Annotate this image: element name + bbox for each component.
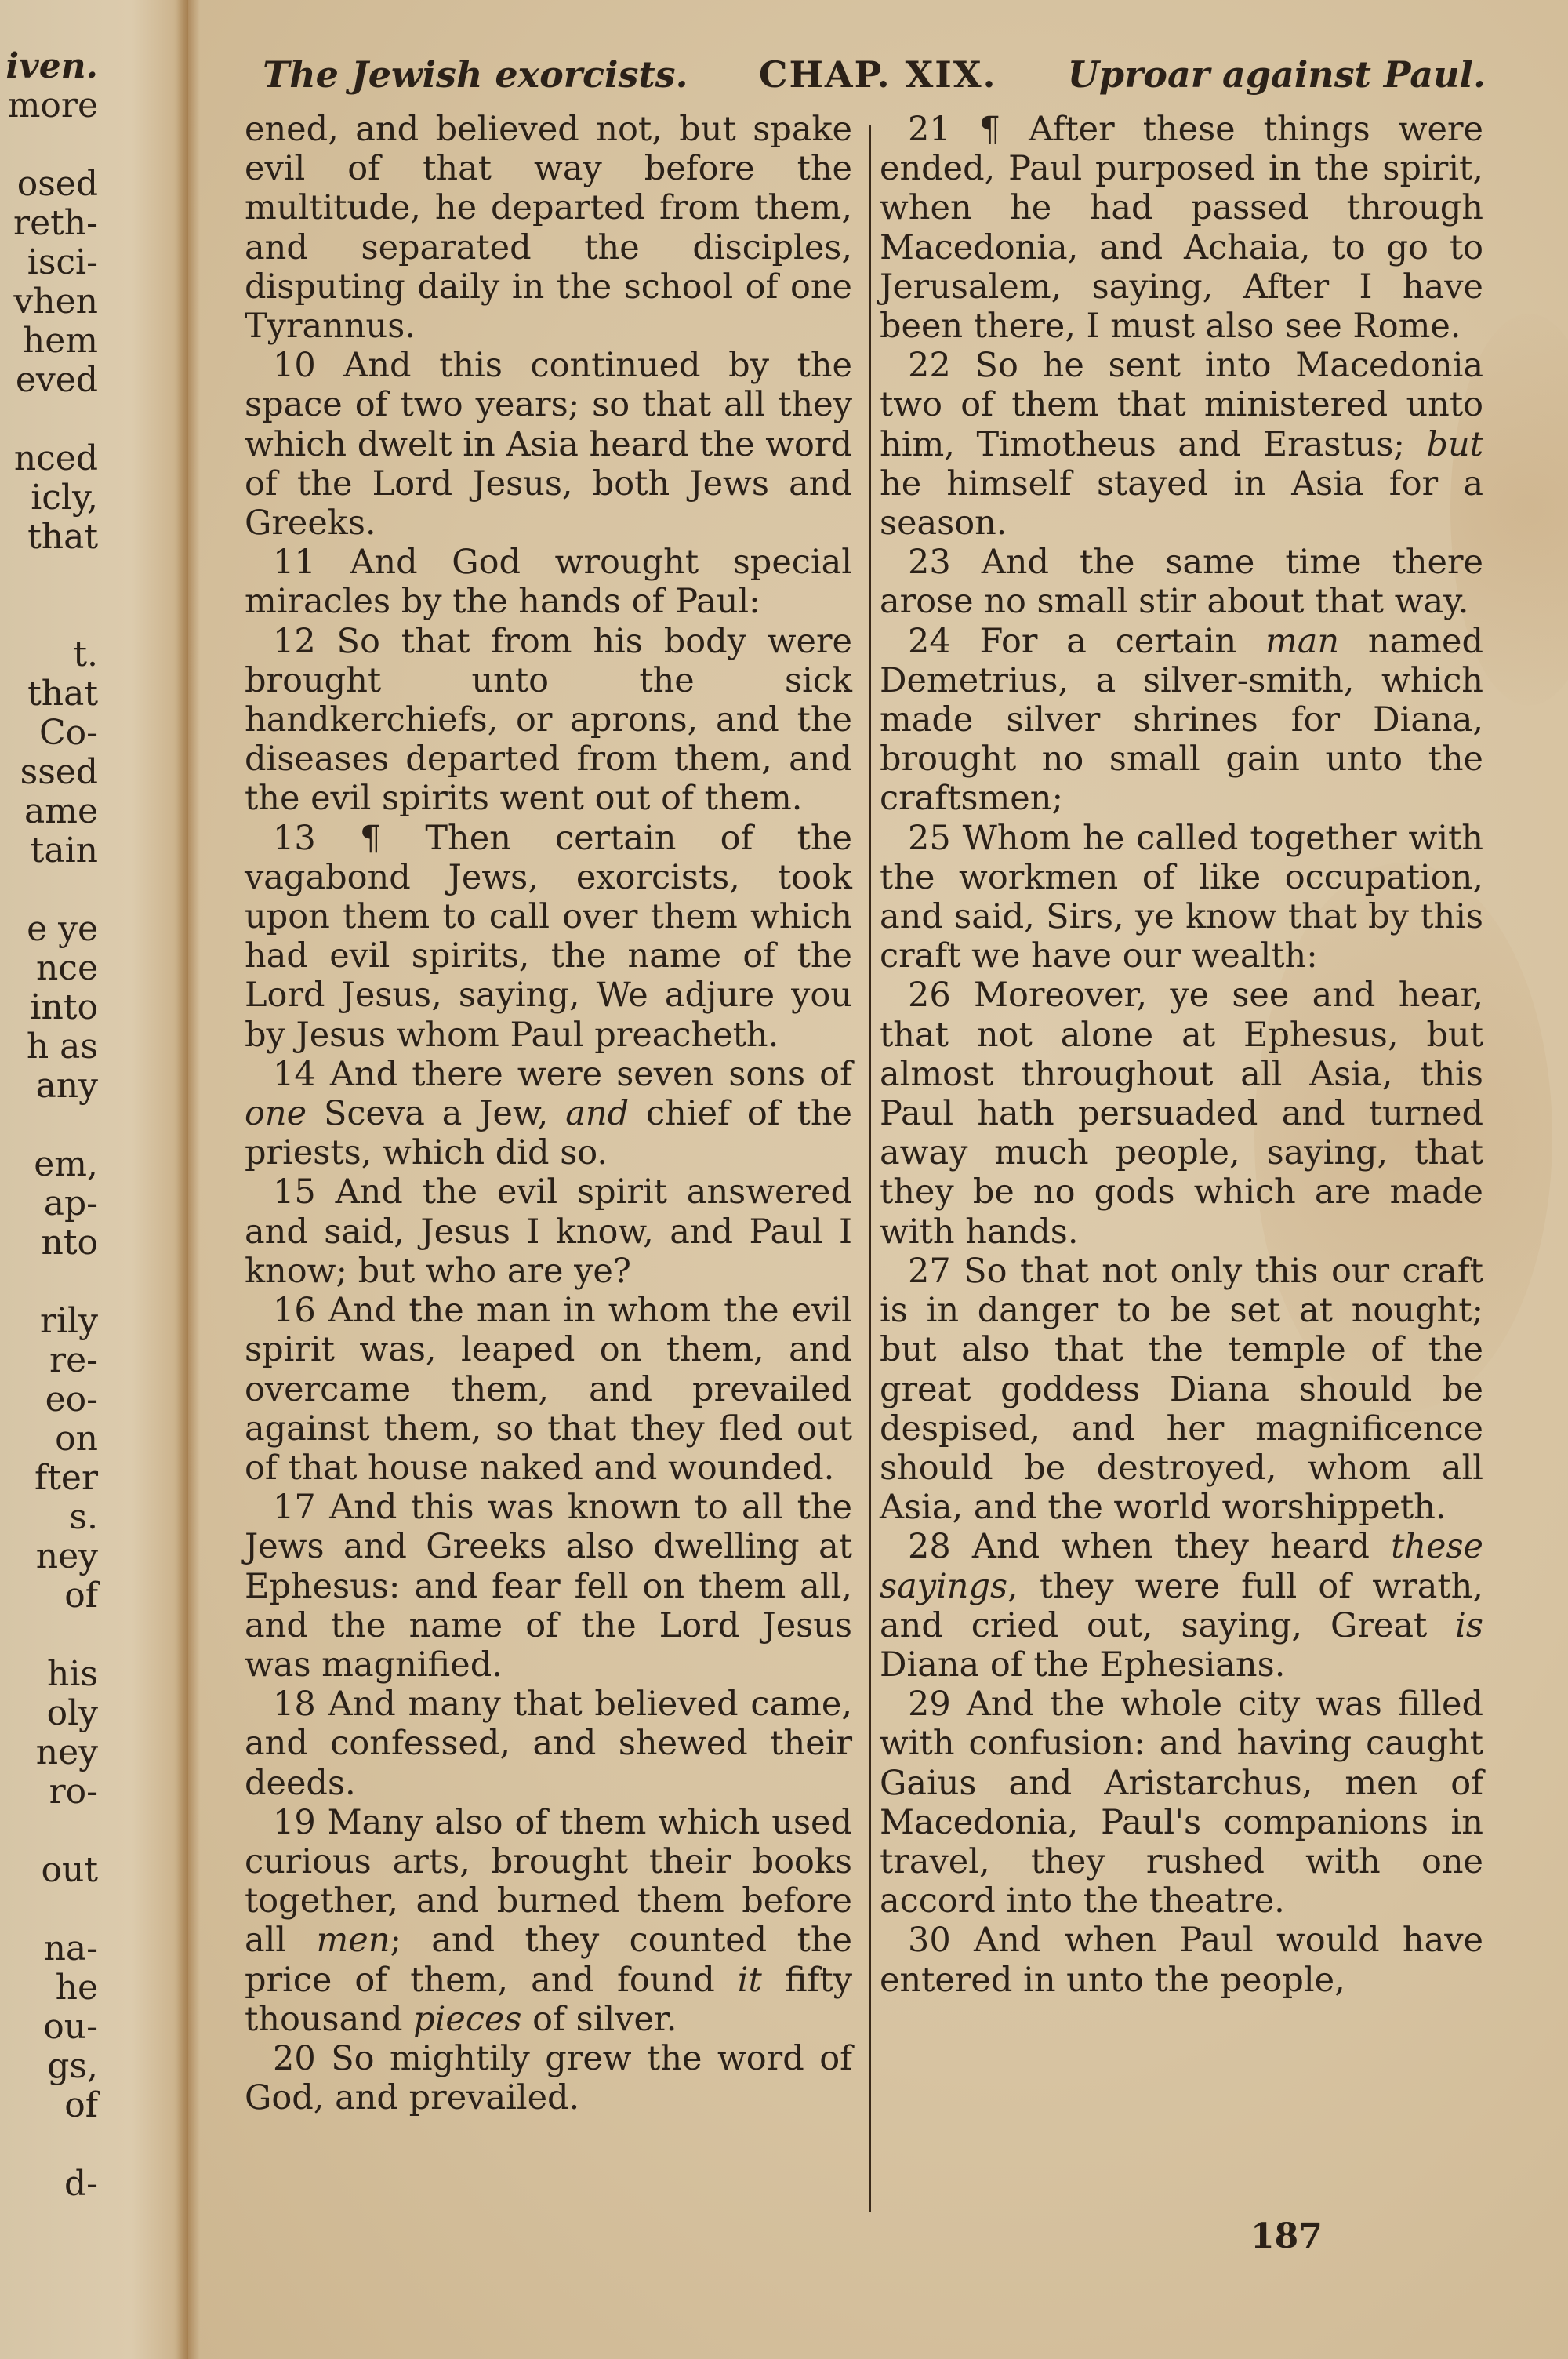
left-page-fragment: h as <box>0 1027 98 1067</box>
left-page-fragment: any <box>0 1067 98 1106</box>
left-page-fragment: ney <box>0 1537 98 1576</box>
verse: 24 For a certain man named Demetrius, a … <box>880 622 1483 819</box>
left-page-fragment: his <box>0 1655 98 1694</box>
column-divider <box>869 125 871 2212</box>
verse: 23 And the same time there arose no smal… <box>880 543 1483 621</box>
verse-text: And this was known to all the Jews and G… <box>245 1488 852 1685</box>
left-page-fragment: that <box>0 674 98 714</box>
verse: 11 And God wrought special miracles by t… <box>245 543 852 621</box>
left-page-fragment: ssed <box>0 753 98 792</box>
verse: 30 And when Paul would have entered in u… <box>880 1921 1483 1999</box>
verse: 16 And the man in whom the evil spirit w… <box>245 1291 852 1488</box>
left-page-fragment <box>0 1890 98 1929</box>
left-page-fragment: that <box>0 518 98 557</box>
verse-text: Whom he called together with the workmen… <box>880 819 1483 976</box>
verse-number: 26 <box>908 976 974 1015</box>
left-page-fragment: ney <box>0 1733 98 1772</box>
verse: 21 ¶ After these things were ended, Paul… <box>880 110 1483 346</box>
verse-number: 27 <box>908 1252 964 1291</box>
running-head: The Jewish exorcists. CHAP. XIX. Uproar … <box>263 53 1486 96</box>
left-page-fragment <box>0 400 98 439</box>
verse-text: And the man in whom the evil spirit was,… <box>245 1291 852 1488</box>
verse-number: 30 <box>908 1921 974 1960</box>
verse: 19 Many also of them which used curious … <box>245 1803 852 2039</box>
left-page-fragment: he <box>0 1968 98 2008</box>
left-page-fragment: out <box>0 1851 98 1890</box>
left-page-fragment: fter <box>0 1459 98 1498</box>
left-page-fragment: t. <box>0 635 98 674</box>
verse: 15 And the evil spirit answered and said… <box>245 1172 852 1291</box>
verse-number: 18 <box>273 1685 328 1724</box>
verse: 27 So that not only this our craft is in… <box>880 1252 1483 1527</box>
left-page-fragment: isci- <box>0 243 98 282</box>
verse-text: ened, and believed not, but spake evil o… <box>245 110 852 346</box>
left-page-fragment: tain <box>0 831 98 871</box>
verse-number: 14 <box>273 1055 330 1094</box>
left-page-fragment: icly, <box>0 478 98 518</box>
left-page-fragment: iven. <box>0 47 98 86</box>
verse: 28 And when they heard these sayings, th… <box>880 1527 1483 1685</box>
verse-number: 19 <box>273 1803 328 1842</box>
verse-number: 24 <box>908 622 980 661</box>
left-page-fragment <box>0 1616 98 1655</box>
left-page-fragment: reth- <box>0 204 98 243</box>
book-gutter <box>176 0 200 2359</box>
left-page-fragment: ame <box>0 792 98 831</box>
verse-text: Many also of them which used curious art… <box>245 1803 852 2039</box>
verse-number: 15 <box>273 1172 336 1212</box>
verse-number: 10 <box>273 346 343 385</box>
verse-number: 16 <box>273 1291 328 1330</box>
left-page-fragment: vhen <box>0 282 98 322</box>
verse-number: 17 <box>273 1488 329 1527</box>
verse-text: And the whole city was filled with confu… <box>880 1685 1483 1921</box>
verse-number: 21 ¶ <box>908 110 1029 149</box>
left-page-fragment: more <box>0 86 98 125</box>
verse-number: 28 <box>908 1527 972 1566</box>
verse-text: So mightily grew the word of God, and pr… <box>245 2039 852 2117</box>
left-page-fragment: of <box>0 2086 98 2125</box>
left-page-fragment: osed <box>0 165 98 204</box>
verse: 20 So mightily grew the word of God, and… <box>245 2039 852 2117</box>
verse: 10 And this continued by the space of tw… <box>245 346 852 543</box>
left-page-fragment: nced <box>0 439 98 478</box>
left-page-fragment: eo- <box>0 1380 98 1419</box>
left-page-fragment: na- <box>0 1929 98 1968</box>
verse: ened, and believed not, but spake evil o… <box>245 110 852 346</box>
left-page-fragment: rily <box>0 1302 98 1341</box>
left-page-fragment <box>0 2125 98 2165</box>
left-page-fragment: ro- <box>0 1772 98 1812</box>
running-head-right: Uproar against Paul. <box>1068 53 1486 96</box>
verse: 14 And there were seven sons of one Scev… <box>245 1055 852 1173</box>
left-page-text-fragments: iven.moreosedreth-isci-vhenhemevedncedic… <box>0 47 98 2204</box>
running-head-left: The Jewish exorcists. <box>263 53 688 96</box>
verse-number: 25 <box>908 819 963 858</box>
verse: 29 And the whole city was filled with co… <box>880 1685 1483 1921</box>
right-text-column: 21 ¶ After these things were ended, Paul… <box>880 110 1483 2000</box>
chapter-heading: CHAP. XIX. <box>759 53 997 96</box>
page-number: 187 <box>1250 2216 1323 2256</box>
verse: 25 Whom he called together with the work… <box>880 819 1483 976</box>
left-text-column: ened, and believed not, but spake evil o… <box>245 110 852 2117</box>
verse-number: 29 <box>908 1685 967 1724</box>
left-page-fragment: oly <box>0 1694 98 1733</box>
verse-text: And the evil spirit answered and said, J… <box>245 1172 852 1290</box>
left-page-fragment: em, <box>0 1145 98 1184</box>
left-page-fragment: into <box>0 988 98 1027</box>
left-page-fragment <box>0 596 98 635</box>
verse-text: Moreover, ye see and hear, that not alon… <box>880 976 1483 1251</box>
verse-number: 12 <box>273 622 337 661</box>
left-page-fragment: e ye <box>0 910 98 949</box>
left-page-fragment: hem <box>0 322 98 361</box>
verse-number: 20 <box>273 2039 331 2078</box>
left-page-fragment <box>0 557 98 596</box>
verse-text: So that not only this our craft is in da… <box>880 1252 1483 1527</box>
left-page-fragment: ou- <box>0 2008 98 2047</box>
left-page-fragment: ap- <box>0 1184 98 1223</box>
left-page-fragment: gs, <box>0 2047 98 2086</box>
verse: 17 And this was known to all the Jews an… <box>245 1488 852 1685</box>
left-page-fragment: of <box>0 1576 98 1616</box>
verse: 22 So he sent into Macedonia two of them… <box>880 346 1483 543</box>
left-page-fragment: eved <box>0 361 98 400</box>
left-page-fragment: s. <box>0 1498 98 1537</box>
verse-number: 23 <box>908 543 982 582</box>
verse-number: 13 ¶ <box>273 819 425 858</box>
verse: 26 Moreover, ye see and hear, that not a… <box>880 976 1483 1251</box>
verse: 12 So that from his body were brought un… <box>245 622 852 819</box>
verse-number: 22 <box>908 346 975 385</box>
left-page-fragment: d- <box>0 2165 98 2204</box>
left-page-fragment: on <box>0 1419 98 1459</box>
verse: 13 ¶ Then certain of the vagabond Jews, … <box>245 819 852 1055</box>
left-page-fragment <box>0 1263 98 1302</box>
verse-text: And there were seven sons of one Sceva a… <box>245 1055 852 1172</box>
left-page-fragment: nce <box>0 949 98 988</box>
left-page-fragment <box>0 125 98 165</box>
verse-number: 11 <box>273 543 350 582</box>
left-page-fragment <box>0 1812 98 1851</box>
left-page-fragment: nto <box>0 1223 98 1263</box>
verse-text: And many that believed came, and confess… <box>245 1685 852 1802</box>
left-page-fragment <box>0 1106 98 1145</box>
verse: 18 And many that believed came, and conf… <box>245 1685 852 1803</box>
left-page-fragment: re- <box>0 1341 98 1380</box>
left-page-fragment <box>0 871 98 910</box>
left-page-fragment: Co- <box>0 714 98 753</box>
